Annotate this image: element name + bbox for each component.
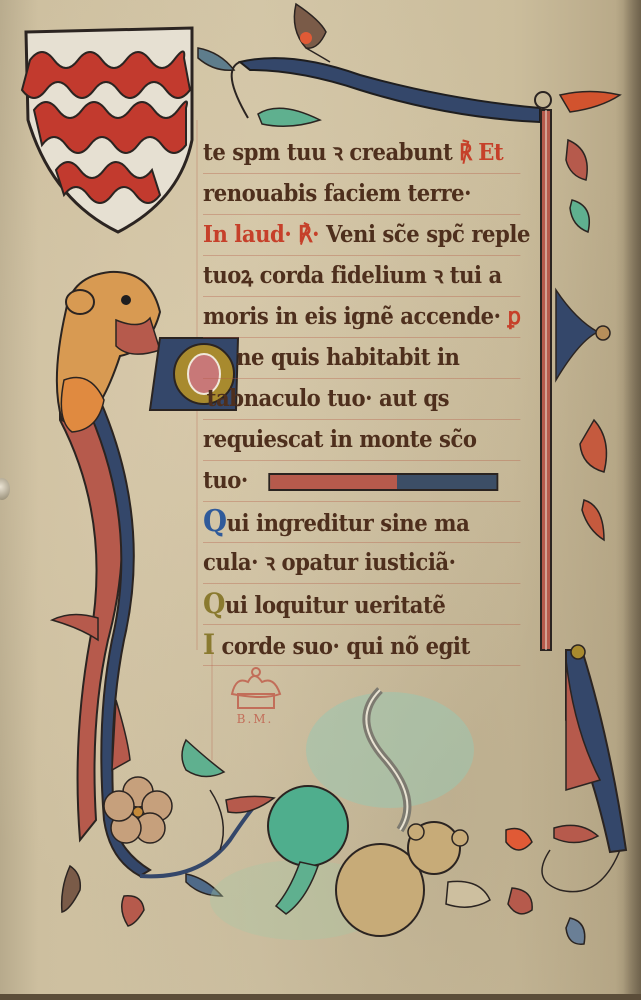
text-line-4: tuoꝝ corda fidelium ꝛ tui a bbox=[203, 256, 520, 297]
red-leaf-icon bbox=[566, 140, 587, 180]
british-museum-stamp: B.M. bbox=[225, 668, 285, 726]
rose-icon bbox=[104, 777, 172, 843]
text-line-3: In laud· ℟· Veni sc̃e spc̃ reple bbox=[203, 215, 520, 256]
text-line-13: I corde suo· qui nõ egit bbox=[203, 625, 520, 666]
red-leaf-icon bbox=[582, 500, 604, 540]
text-line-12: Qui loquitur ueritatẽ bbox=[203, 584, 520, 625]
stamp-letters: B.M. bbox=[225, 712, 285, 726]
text-line-9: tuo· bbox=[203, 461, 520, 502]
red-leaf-icon bbox=[580, 420, 606, 472]
text-line-10: Qui ingreditur sine ma bbox=[203, 502, 520, 543]
grotesque-creature-icon bbox=[57, 272, 160, 432]
text-line-6: ne quis habitabit in bbox=[203, 338, 520, 379]
text-line-2: renouabis faciem terre· bbox=[203, 174, 520, 215]
page-bottom-edge bbox=[0, 994, 641, 1000]
red-leaf-icon bbox=[226, 796, 274, 812]
text-line-8: requiescat in monte sc̃o bbox=[203, 420, 520, 461]
psalm-text-block: te spm tuu ꝛ creabunt ℟ Et renouabis fac… bbox=[203, 133, 548, 666]
green-leaf-icon bbox=[258, 108, 320, 126]
text-line-1: te spm tuu ꝛ creabunt ℟ Et bbox=[203, 133, 520, 174]
text-line-5: moris in eis ignẽ accende· ꝑ bbox=[203, 297, 520, 338]
text-line-7: tabnaculo tuo· aut qs bbox=[203, 379, 520, 420]
green-leaf-icon bbox=[182, 740, 224, 777]
heraldic-shield-icon bbox=[22, 28, 192, 232]
line-filler-bar bbox=[268, 473, 498, 491]
green-wash bbox=[306, 692, 474, 808]
text-line-11: cula· ꝛ opatur iusticiã· bbox=[203, 543, 520, 584]
top-vine-decoration bbox=[198, 4, 620, 126]
manuscript-page: te spm tuu ꝛ creabunt ℟ Et renouabis fac… bbox=[0, 0, 641, 1000]
green-leaf-icon bbox=[570, 200, 589, 232]
blue-leaf-icon bbox=[198, 48, 234, 70]
